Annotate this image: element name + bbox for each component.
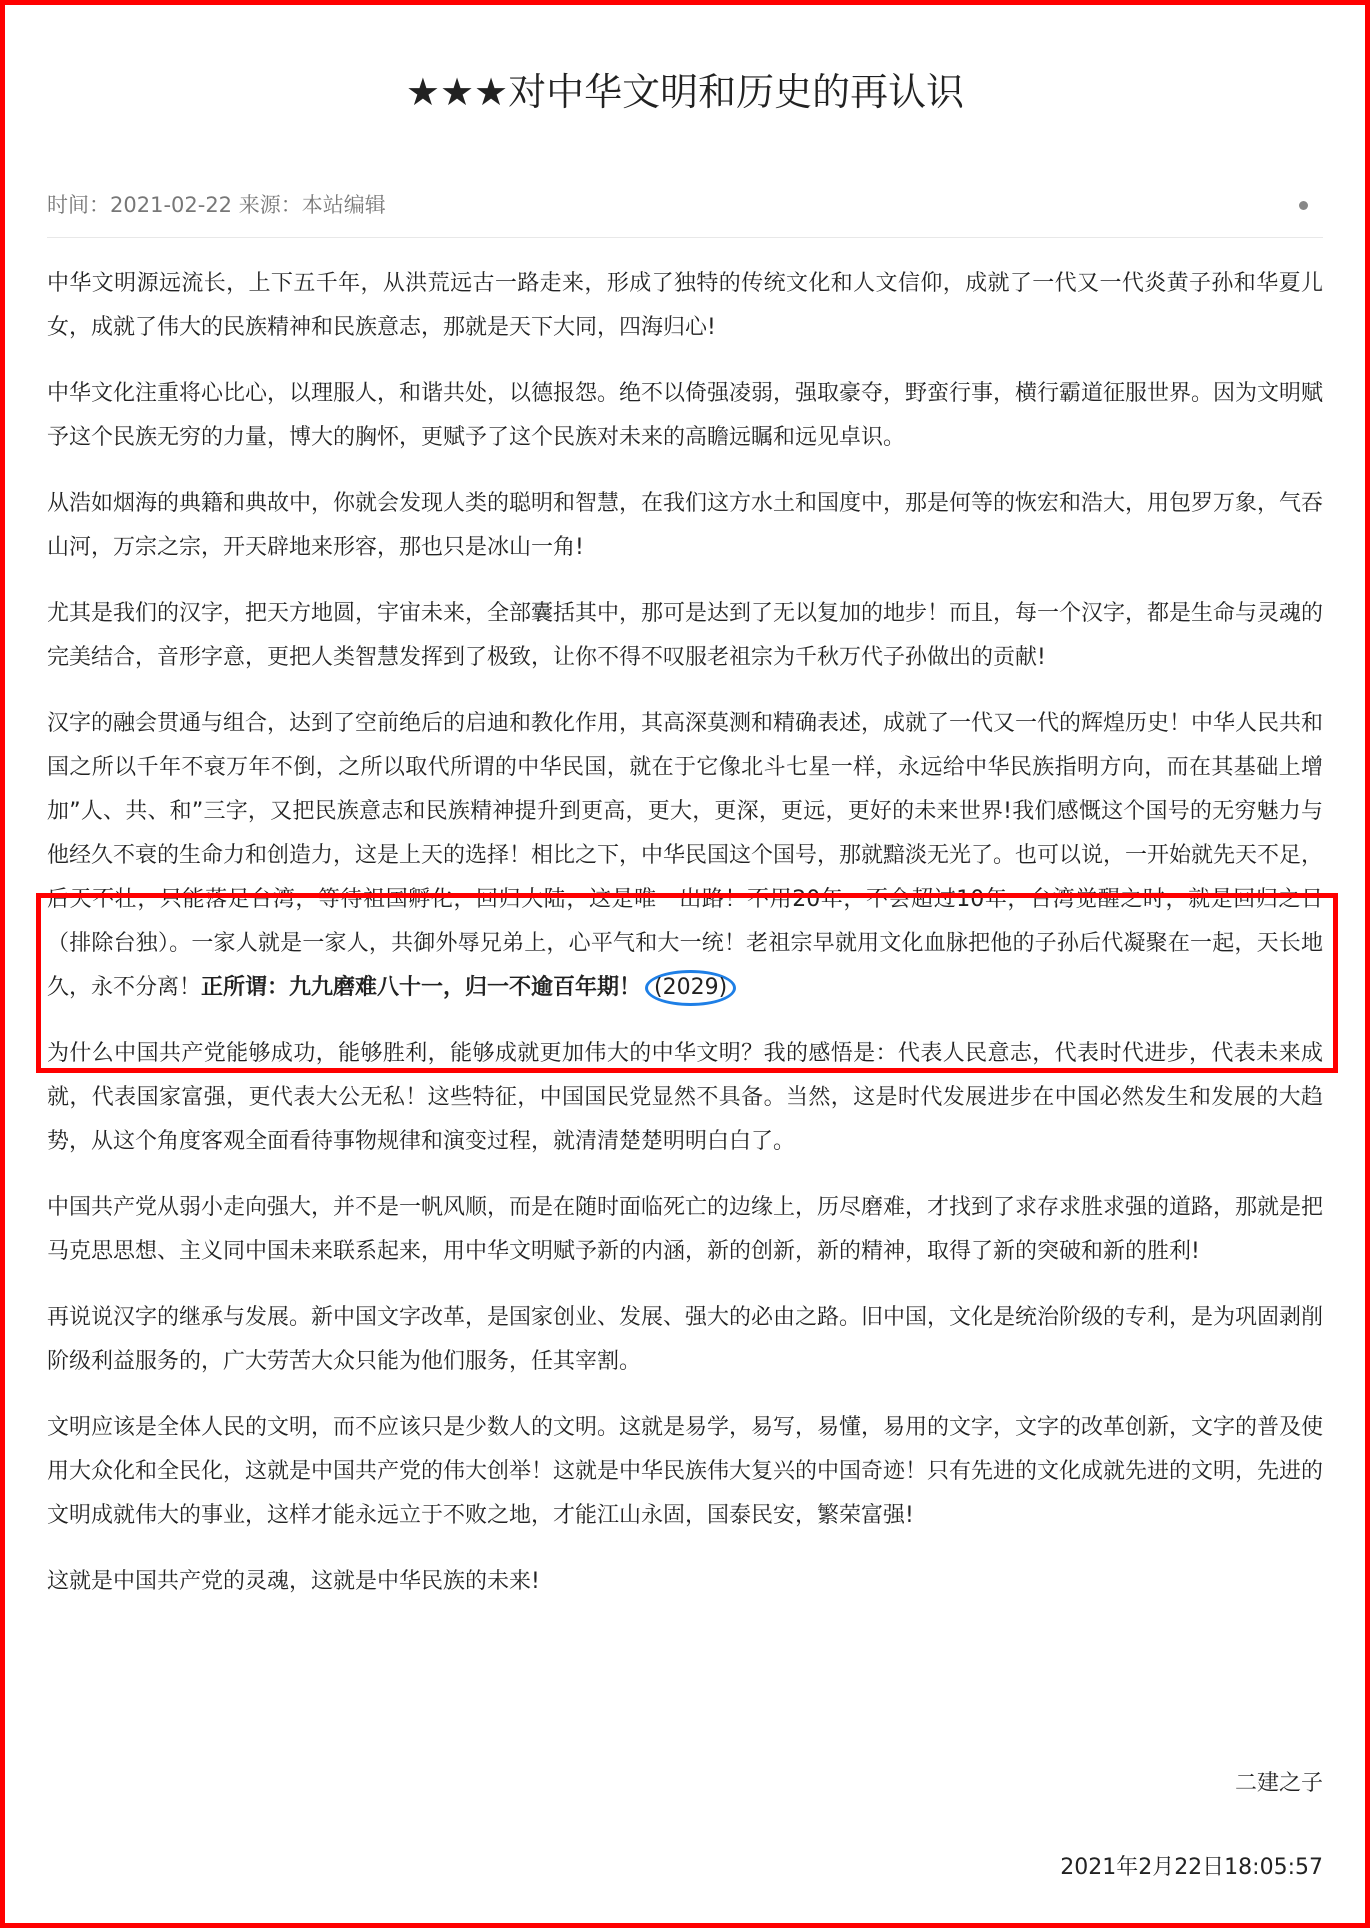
paragraph-2: 中华文化注重将心比心，以理服人，和谐共处，以德报怨。绝不以倚强凌弱，强取豪夺，野… xyxy=(47,372,1323,460)
article-body: 中华文明源远流长，上下五千年，从洪荒远古一路走来，形成了独特的传统文化和人文信仰… xyxy=(47,262,1323,1604)
meta-time-source: 时间：2021-02-22 来源：本站编辑 xyxy=(47,188,386,222)
dot-icon xyxy=(1299,201,1308,210)
paragraph-5-text: 汉字的融会贯通与组合，达到了空前绝后的启迪和教化作用，其高深莫测和精确表述，成就… xyxy=(47,711,1323,1000)
paragraph-10: 这就是中国共产党的灵魂，这就是中华民族的未来! xyxy=(47,1560,1323,1604)
author-signature: 二建之子 xyxy=(1235,1762,1323,1806)
paragraph-5-bold: 正所谓：九九磨难八十一，归一不逾百年期！ xyxy=(201,975,641,1000)
paragraph-8: 再说说汉字的继承与发展。新中国文字改革，是国家创业、发展、强大的必由之路。旧中国… xyxy=(47,1296,1323,1384)
paragraph-5: 汉字的融会贯通与组合，达到了空前绝后的启迪和教化作用，其高深莫测和精确表述，成就… xyxy=(47,702,1323,1010)
paragraph-3: 从浩如烟海的典籍和典故中，你就会发现人类的聪明和智慧，在我们这方水土和国度中，那… xyxy=(47,482,1323,570)
paragraph-6: 为什么中国共产党能够成功，能够胜利，能够成就更加伟大的中华文明？我的感悟是：代表… xyxy=(47,1032,1323,1164)
paragraph-9: 文明应该是全体人民的文明，而不应该只是少数人的文明。这就是易学，易写，易懂，易用… xyxy=(47,1406,1323,1538)
paragraph-4: 尤其是我们的汉字，把天方地圆，宇宙未来，全部囊括其中，那可是达到了无以复加的地步… xyxy=(47,592,1323,680)
signed-date: 2021年2月22日18:05:57 xyxy=(1060,1846,1323,1890)
circled-annotation: (2029) xyxy=(645,970,736,1006)
page-title: ★★★对中华文明和历史的再认识 xyxy=(0,62,1370,122)
paragraph-7: 中国共产党从弱小走向强大，并不是一帆风顺，而是在随时面临死亡的边缘上，历尽磨难，… xyxy=(47,1186,1323,1274)
paragraph-1: 中华文明源远流长，上下五千年，从洪荒远古一路走来，形成了独特的传统文化和人文信仰… xyxy=(47,262,1323,350)
article-meta: 时间：2021-02-22 来源：本站编辑 xyxy=(47,188,1323,238)
